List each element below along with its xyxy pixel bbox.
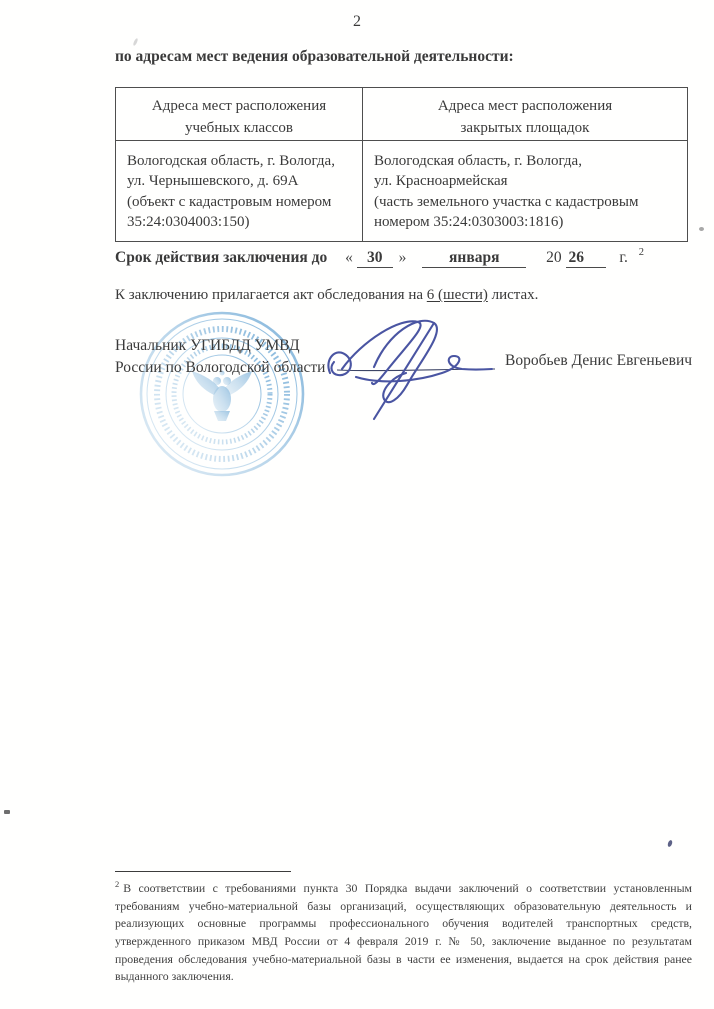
document-page: 2 по адресам мест ведения образовательно… — [0, 0, 714, 1009]
validity-year: 26 — [566, 249, 606, 268]
table-cell-closed-grounds-address: Вологодская область, г. Вологда, ул. Кра… — [363, 141, 688, 242]
validity-year-suffix: г. — [619, 249, 627, 266]
footnote-text-block: 2В соответствии с требованиями пункта 30… — [115, 878, 692, 986]
quote-close: » — [399, 249, 407, 266]
footnote-separator — [115, 871, 291, 872]
table-row: Вологодская область, г. Вологда, ул. Чер… — [116, 141, 688, 242]
attachment-line: К заключению прилагается акт обследовани… — [115, 287, 695, 304]
attachment-sheets-count: 6 (шести) — [427, 287, 488, 303]
scan-speck — [132, 38, 138, 47]
scan-speck — [699, 227, 704, 231]
footnote-marker: 2 — [115, 879, 119, 889]
signatory-position: Начальник УГИБДД УМВД России по Вологодс… — [115, 335, 325, 380]
quote-open: « — [345, 249, 353, 266]
signatory-position-line2: России по Вологодской области — [115, 357, 325, 379]
footnote-reference: 2 — [639, 247, 644, 258]
validity-line: Срок действия заключения до « 30 » январ… — [115, 247, 695, 268]
table-header-closed-grounds: Адреса мест расположения закрытых площад… — [363, 88, 688, 141]
table-cell-classrooms-address: Вологодская область, г. Вологда, ул. Чер… — [116, 141, 363, 242]
table-header-row: Адреса мест расположения учебных классов… — [116, 88, 688, 141]
attachment-prefix: К заключению прилагается акт обследовани… — [115, 287, 423, 303]
signatory-name: Воробьев Денис Евгеньевич — [505, 352, 692, 370]
page-number: 2 — [0, 13, 714, 31]
attachment-suffix: листах. — [492, 287, 539, 303]
signatory-position-line1: Начальник УГИБДД УМВД — [115, 335, 325, 357]
ink-speck — [667, 840, 673, 848]
section-heading: по адресам мест ведения образовательной … — [115, 48, 690, 66]
validity-century: 20 — [546, 249, 562, 266]
validity-label: Срок действия заключения до — [115, 249, 327, 266]
handwritten-signature-icon — [322, 311, 504, 426]
footnote-text: В соответствии с требованиями пункта 30 … — [115, 881, 692, 983]
table-header-classrooms: Адреса мест расположения учебных классов — [116, 88, 363, 141]
validity-month: января — [422, 249, 526, 268]
validity-day: 30 — [357, 249, 393, 268]
scan-speck — [4, 810, 10, 814]
addresses-table: Адреса мест расположения учебных классов… — [115, 87, 688, 242]
